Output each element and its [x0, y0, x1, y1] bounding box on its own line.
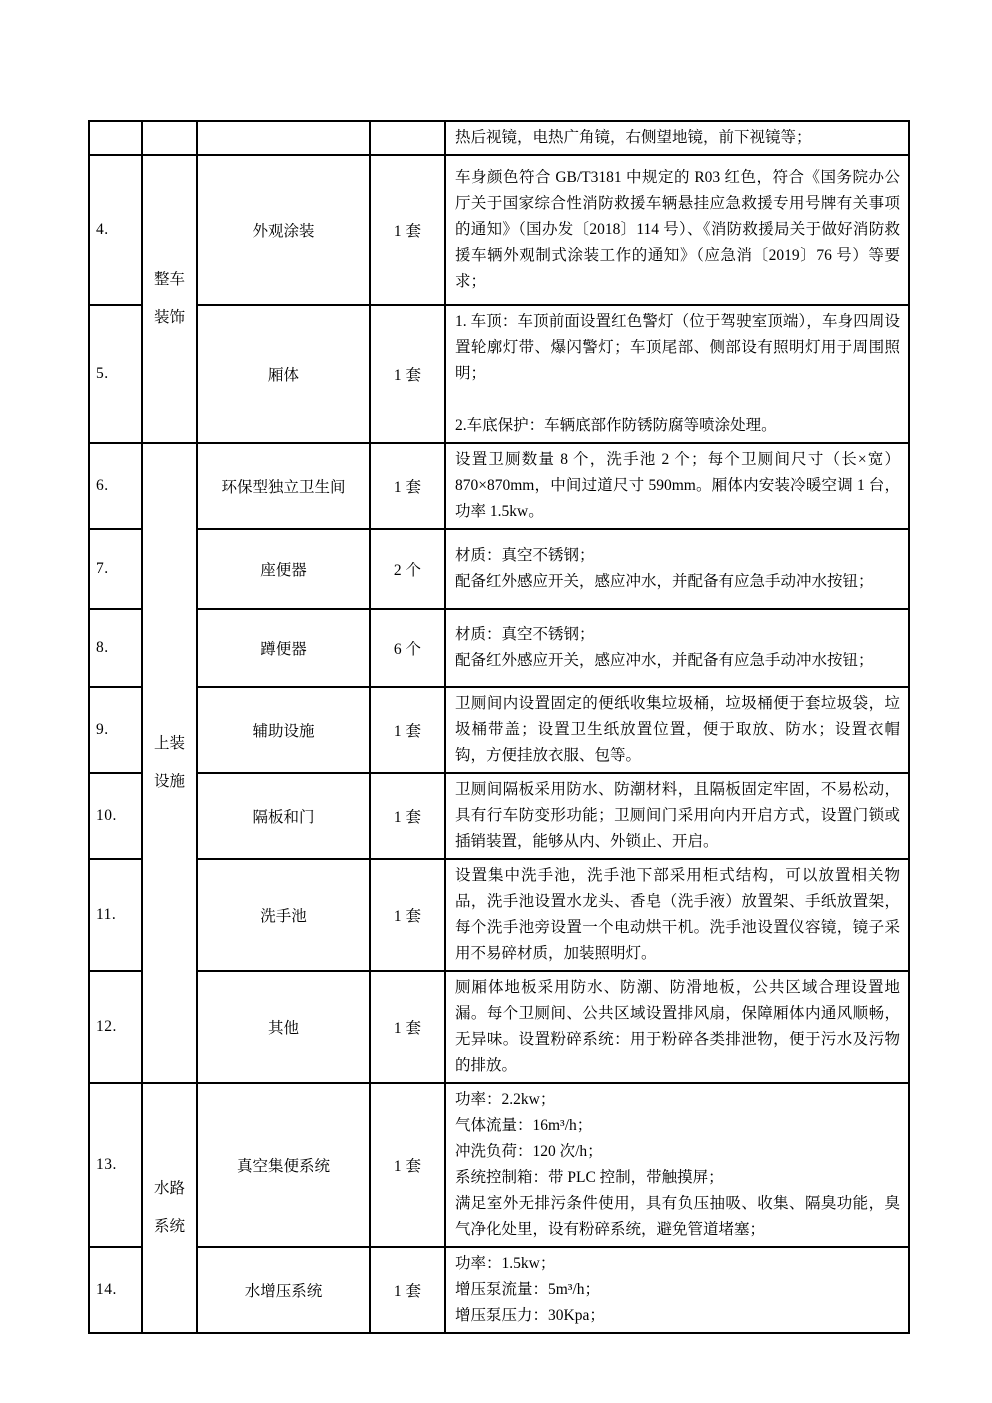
row-number-cell: 8.: [89, 609, 142, 687]
item-name-cell: 真空集便系统: [197, 1083, 370, 1247]
row-number-cell: 12.: [89, 971, 142, 1083]
quantity-cell: 1 套: [370, 687, 445, 773]
quantity-cell: 1 套: [370, 1247, 445, 1333]
description-cell: 材质：真空不锈钢； 配备红外感应开关，感应冲水，并配备有应急手动冲水按钮；: [445, 609, 909, 687]
table-row-7: 7. 座便器 2 个 材质：真空不锈钢； 配备红外感应开关，感应冲水，并配备有应…: [89, 529, 909, 609]
table-row-6: 6. 上装 设施 环保型独立卫生间 1 套 设置卫厕数量 8 个，洗手池 2 个…: [89, 443, 909, 529]
category-cell-vehicle-decoration: 整车 装饰: [142, 155, 197, 443]
item-name-cell: 厢体: [197, 305, 370, 443]
item-name-cell: 隔板和门: [197, 773, 370, 859]
quantity-cell: 6 个: [370, 609, 445, 687]
table-row-14: 14. 水增压系统 1 套 功率：1.5kw； 增压泵流量：5m³/h； 增压泵…: [89, 1247, 909, 1333]
quantity-cell: 1 套: [370, 155, 445, 305]
description-cell: 卫厕间内设置固定的便纸收集垃圾桶，垃圾桶便于套垃圾袋，垃圾桶带盖；设置卫生纸放置…: [445, 687, 909, 773]
quantity-cell: 1 套: [370, 859, 445, 971]
item-name-cell: 其他: [197, 971, 370, 1083]
row-number-cell: 9.: [89, 687, 142, 773]
description-cell: 设置集中洗手池，洗手池下部采用柜式结构，可以放置相关物品，洗手池设置水龙头、香皂…: [445, 859, 909, 971]
description-cell: 卫厕间隔板采用防水、防潮材料，且隔板固定牢固，不易松动，具有行车防变形功能；卫厕…: [445, 773, 909, 859]
table-row-12: 12. 其他 1 套 厕厢体地板采用防水、防潮、防滑地板，公共区域合理设置地漏。…: [89, 971, 909, 1083]
table-row-continuation: 热后视镜，电热广角镜，右侧望地镜，前下视镜等；: [89, 121, 909, 155]
row-number-cell: 11.: [89, 859, 142, 971]
document-page: 热后视镜，电热广角镜，右侧望地镜，前下视镜等； 4. 整车 装饰 外观涂装 1 …: [0, 0, 992, 1403]
quantity-cell: 2 个: [370, 529, 445, 609]
description-cell: 功率：1.5kw； 增压泵流量：5m³/h； 增压泵压力：30Kpa；: [445, 1247, 909, 1333]
category-cell-upper-facilities: 上装 设施: [142, 443, 197, 1083]
description-cell: 设置卫厕数量 8 个，洗手池 2 个；每个卫厕间尺寸（长×宽）870×870mm…: [445, 443, 909, 529]
category-cell-water-system: 水路 系统: [142, 1083, 197, 1333]
description-cell: 1. 车顶：车顶前面设置红色警灯（位于驾驶室顶端），车身四周设置轮廓灯带、爆闪警…: [445, 305, 909, 443]
description-cell: 厕厢体地板采用防水、防潮、防滑地板，公共区域合理设置地漏。每个卫厕间、公共区域设…: [445, 971, 909, 1083]
quantity-cell: [370, 121, 445, 155]
table-row-5: 5. 厢体 1 套 1. 车顶：车顶前面设置红色警灯（位于驾驶室顶端），车身四周…: [89, 305, 909, 443]
item-name-cell: 环保型独立卫生间: [197, 443, 370, 529]
quantity-cell: 1 套: [370, 773, 445, 859]
item-name-cell: 外观涂装: [197, 155, 370, 305]
row-number-cell: 13.: [89, 1083, 142, 1247]
row-number-cell: 4.: [89, 155, 142, 305]
description-cell: 热后视镜，电热广角镜，右侧望地镜，前下视镜等；: [445, 121, 909, 155]
category-cell: [142, 121, 197, 155]
quantity-cell: 1 套: [370, 971, 445, 1083]
description-cell: 功率：2.2kw； 气体流量：16m³/h； 冲洗负荷：120 次/h； 系统控…: [445, 1083, 909, 1247]
row-number-cell: 7.: [89, 529, 142, 609]
table-row-10: 10. 隔板和门 1 套 卫厕间隔板采用防水、防潮材料，且隔板固定牢固，不易松动…: [89, 773, 909, 859]
table-row-13: 13. 水路 系统 真空集便系统 1 套 功率：2.2kw； 气体流量：16m³…: [89, 1083, 909, 1247]
quantity-cell: 1 套: [370, 443, 445, 529]
row-number-cell: 5.: [89, 305, 142, 443]
row-number-cell: 6.: [89, 443, 142, 529]
table-row-11: 11. 洗手池 1 套 设置集中洗手池，洗手池下部采用柜式结构，可以放置相关物品…: [89, 859, 909, 971]
item-name-cell: 洗手池: [197, 859, 370, 971]
item-name-cell: 座便器: [197, 529, 370, 609]
table-row-4: 4. 整车 装饰 外观涂装 1 套 车身颜色符合 GB/T3181 中规定的 R…: [89, 155, 909, 305]
description-cell: 材质：真空不锈钢； 配备红外感应开关，感应冲水，并配备有应急手动冲水按钮；: [445, 529, 909, 609]
item-name-cell: 水增压系统: [197, 1247, 370, 1333]
quantity-cell: 1 套: [370, 1083, 445, 1247]
quantity-cell: 1 套: [370, 305, 445, 443]
item-name-cell: 辅助设施: [197, 687, 370, 773]
table-row-8: 8. 蹲便器 6 个 材质：真空不锈钢； 配备红外感应开关，感应冲水，并配备有应…: [89, 609, 909, 687]
description-cell: 车身颜色符合 GB/T3181 中规定的 R03 红色，符合《国务院办公厅关于国…: [445, 155, 909, 305]
row-number-cell: [89, 121, 142, 155]
row-number-cell: 10.: [89, 773, 142, 859]
spec-table: 热后视镜，电热广角镜，右侧望地镜，前下视镜等； 4. 整车 装饰 外观涂装 1 …: [88, 120, 910, 1334]
table-row-9: 9. 辅助设施 1 套 卫厕间内设置固定的便纸收集垃圾桶，垃圾桶便于套垃圾袋，垃…: [89, 687, 909, 773]
row-number-cell: 14.: [89, 1247, 142, 1333]
item-name-cell: 蹲便器: [197, 609, 370, 687]
item-name-cell: [197, 121, 370, 155]
